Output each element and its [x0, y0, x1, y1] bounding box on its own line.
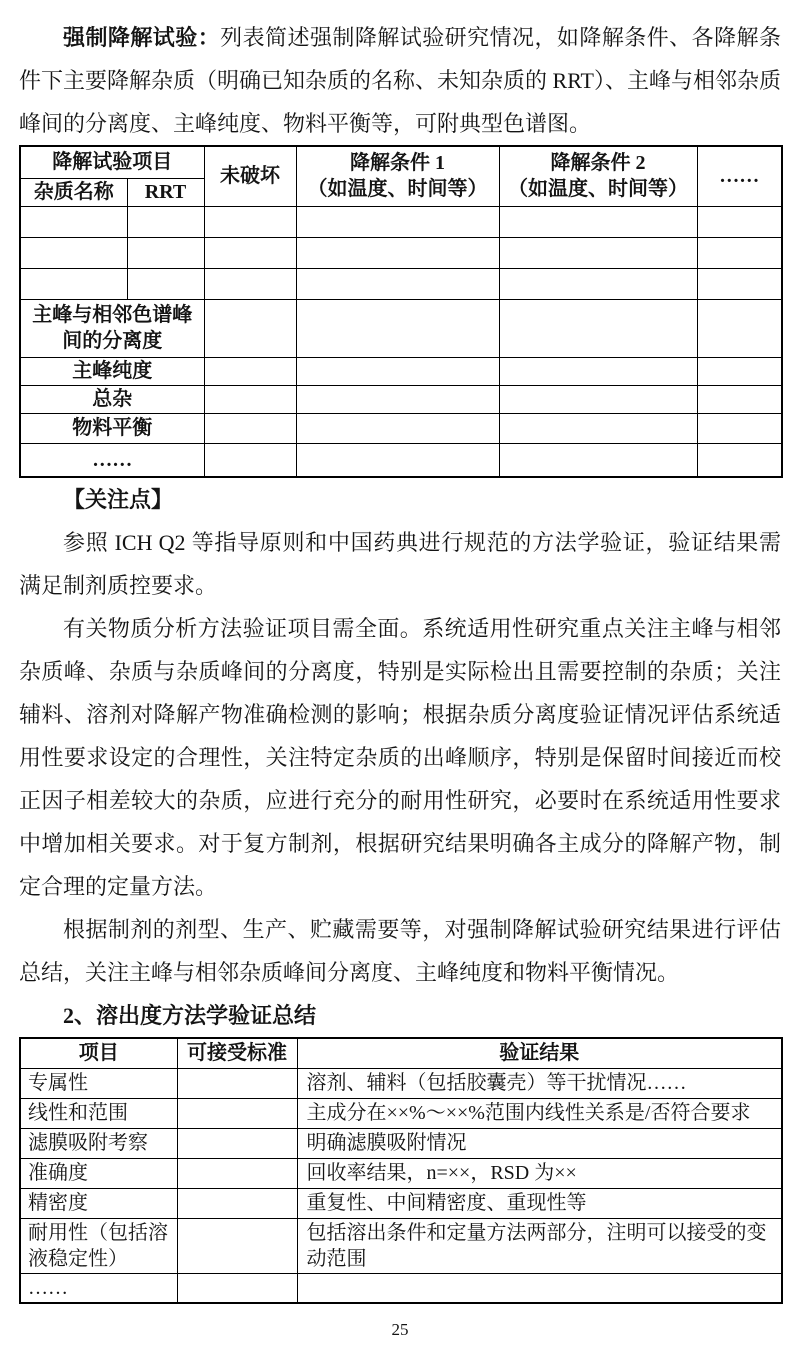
paragraph-related-substances: 有关物质分析方法验证项目需全面。系统适用性研究重点关注主峰与相邻杂质峰、杂质与杂…	[19, 607, 781, 908]
empty-cell	[499, 385, 697, 413]
empty-cell	[499, 413, 697, 443]
degradation-empty-row	[20, 206, 782, 237]
criteria-cell	[177, 1128, 297, 1158]
table-row-robustness: 耐用性（包括溶液稳定性） 包括溶出条件和定量方法两部分，注明可以接受的变动范围	[20, 1218, 782, 1273]
empty-cell	[499, 268, 697, 299]
empty-cell	[127, 206, 204, 237]
criteria-cell	[177, 1218, 297, 1273]
empty-cell	[20, 268, 127, 299]
result-cell: 重复性、中间精密度、重现性等	[297, 1188, 782, 1218]
empty-cell	[296, 206, 499, 237]
paragraph-forced-degradation: 强制降解试验：列表简述强制降解试验研究情况，如降解条件、各降解条件下主要降解杂质…	[19, 16, 781, 145]
empty-cell	[499, 443, 697, 477]
section-2-heading: 2、溶出度方法学验证总结	[19, 994, 781, 1037]
criteria-cell	[177, 1098, 297, 1128]
forced-degradation-label: 强制降解试验：	[63, 25, 220, 50]
row-label-total-impurities: 总杂	[20, 385, 204, 413]
item-cell: ……	[20, 1273, 177, 1303]
degradation-header-row-1: 降解试验项目 未破坏 降解条件 1 （如温度、时间等） 降解条件 2 （如温度、…	[20, 146, 782, 178]
header-more: ……	[697, 146, 782, 206]
table-row-filter-adsorption: 滤膜吸附考察 明确滤膜吸附情况	[20, 1128, 782, 1158]
dissolution-table: 项目 可接受标准 验证结果 专属性 溶剂、辅料（包括胶囊壳）等干扰情况…… 线性…	[19, 1037, 783, 1304]
empty-cell	[697, 237, 782, 268]
item-cell: 滤膜吸附考察	[20, 1128, 177, 1158]
empty-cell	[499, 299, 697, 357]
header-rrt: RRT	[127, 178, 204, 206]
criteria-cell	[177, 1068, 297, 1098]
empty-cell	[697, 385, 782, 413]
row-label-mass-balance: 物料平衡	[20, 413, 204, 443]
empty-cell	[296, 385, 499, 413]
dissolution-header-row: 项目 可接受标准 验证结果	[20, 1038, 782, 1068]
paragraph-evaluation-summary: 根据制剂的剂型、生产、贮藏需要等，对强制降解试验研究结果进行评估总结，关注主峰与…	[19, 908, 781, 994]
table-row-precision: 精密度 重复性、中间精密度、重现性等	[20, 1188, 782, 1218]
header-item-group: 降解试验项目	[20, 146, 204, 178]
empty-cell	[697, 357, 782, 385]
document-page-body: { "page": { "number": "25" }, "content":…	[0, 0, 800, 1369]
empty-cell	[697, 268, 782, 299]
empty-cell	[204, 237, 296, 268]
table-row-specificity: 专属性 溶剂、辅料（包括胶囊壳）等干扰情况……	[20, 1068, 782, 1098]
empty-cell	[296, 443, 499, 477]
empty-cell	[204, 443, 296, 477]
focus-points-heading: 【关注点】	[19, 478, 781, 521]
empty-cell	[296, 357, 499, 385]
empty-cell	[499, 237, 697, 268]
empty-cell	[204, 413, 296, 443]
row-label-main-peak-purity: 主峰纯度	[20, 357, 204, 385]
result-cell: 溶剂、辅料（包括胶囊壳）等干扰情况……	[297, 1068, 782, 1098]
row-label-more: ……	[20, 443, 204, 477]
empty-cell	[204, 385, 296, 413]
degradation-empty-row	[20, 268, 782, 299]
result-cell	[297, 1273, 782, 1303]
result-cell: 明确滤膜吸附情况	[297, 1128, 782, 1158]
empty-cell	[204, 299, 296, 357]
empty-cell	[697, 206, 782, 237]
empty-cell	[204, 206, 296, 237]
result-cell: 主成分在××%～××%范围内线性关系是/否符合要求	[297, 1098, 782, 1128]
page-number: 25	[19, 1318, 781, 1342]
degradation-more-row: ……	[20, 443, 782, 477]
degradation-table: 降解试验项目 未破坏 降解条件 1 （如温度、时间等） 降解条件 2 （如温度、…	[19, 145, 783, 478]
result-cell: 包括溶出条件和定量方法两部分，注明可以接受的变动范围	[297, 1218, 782, 1273]
table-row-more: ……	[20, 1273, 782, 1303]
item-cell: 耐用性（包括溶液稳定性）	[20, 1218, 177, 1273]
criteria-cell	[177, 1273, 297, 1303]
degradation-total-impurity-row: 总杂	[20, 385, 782, 413]
paragraph-ich-q2: 参照 ICH Q2 等指导原则和中国药典进行规范的方法学验证，验证结果需满足制剂…	[19, 521, 781, 607]
item-cell: 线性和范围	[20, 1098, 177, 1128]
table-row-linearity: 线性和范围 主成分在××%～××%范围内线性关系是/否符合要求	[20, 1098, 782, 1128]
header-item: 项目	[20, 1038, 177, 1068]
empty-cell	[499, 357, 697, 385]
empty-cell	[20, 237, 127, 268]
header-criteria: 可接受标准	[177, 1038, 297, 1068]
empty-cell	[697, 413, 782, 443]
empty-cell	[204, 357, 296, 385]
header-result: 验证结果	[297, 1038, 782, 1068]
empty-cell	[296, 268, 499, 299]
degradation-resolution-row: 主峰与相邻色谱峰 间的分离度	[20, 299, 782, 357]
empty-cell	[296, 237, 499, 268]
criteria-cell	[177, 1188, 297, 1218]
degradation-empty-row	[20, 237, 782, 268]
item-cell: 专属性	[20, 1068, 177, 1098]
degradation-mass-balance-row: 物料平衡	[20, 413, 782, 443]
header-undegraded: 未破坏	[204, 146, 296, 206]
empty-cell	[697, 443, 782, 477]
empty-cell	[204, 268, 296, 299]
empty-cell	[127, 237, 204, 268]
item-cell: 精密度	[20, 1188, 177, 1218]
page-container: 强制降解试验：列表简述强制降解试验研究情况，如降解条件、各降解条件下主要降解杂质…	[0, 0, 800, 1342]
result-cell: 回收率结果，n=××，RSD 为××	[297, 1158, 782, 1188]
empty-cell	[296, 413, 499, 443]
row-label-resolution: 主峰与相邻色谱峰 间的分离度	[20, 299, 204, 357]
empty-cell	[296, 299, 499, 357]
degradation-purity-row: 主峰纯度	[20, 357, 782, 385]
criteria-cell	[177, 1158, 297, 1188]
empty-cell	[499, 206, 697, 237]
empty-cell	[697, 299, 782, 357]
empty-cell	[127, 268, 204, 299]
header-condition-1: 降解条件 1 （如温度、时间等）	[296, 146, 499, 206]
header-impurity-name: 杂质名称	[20, 178, 127, 206]
table-row-accuracy: 准确度 回收率结果，n=××，RSD 为××	[20, 1158, 782, 1188]
header-condition-2: 降解条件 2 （如温度、时间等）	[499, 146, 697, 206]
empty-cell	[20, 206, 127, 237]
item-cell: 准确度	[20, 1158, 177, 1188]
